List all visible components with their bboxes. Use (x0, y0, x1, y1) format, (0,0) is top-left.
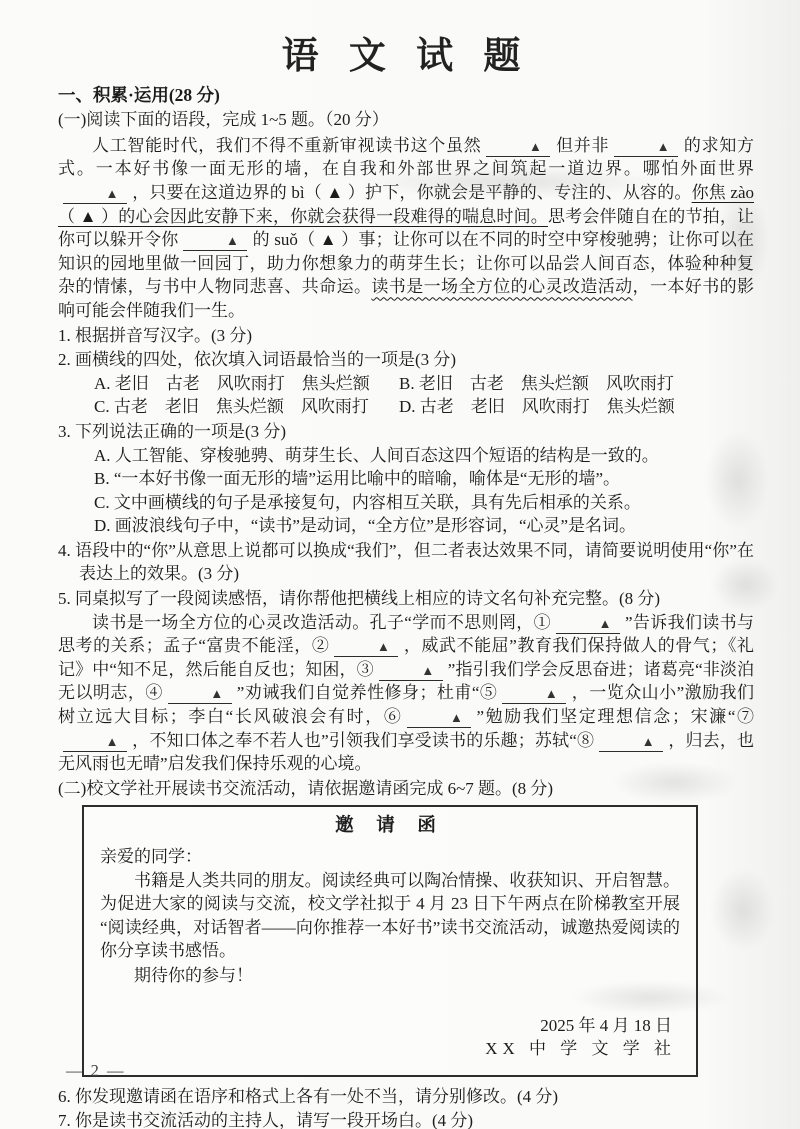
passage-segment: ”勉励我们坚定理想信念；宋濂“⑦ (476, 707, 754, 726)
exam-paper-page: 语 文 试 题 一、积累·运用(28 分) (一)阅读下面的语段，完成 1~5 … (0, 0, 800, 1129)
passage-segment: 读书是一场全方位的心灵改造活动 (371, 277, 632, 296)
answer-blank: ▲ (486, 138, 550, 157)
question-4: 4. 语段中的“你”从意思上说都可以换成“我们”，但二者表达效果不同，请简要说明… (58, 539, 754, 586)
question-2-options: A. 老旧 古老 风吹雨打 焦头烂额 B. 老旧 古老 焦头烂额 风吹雨打 C.… (58, 372, 754, 419)
answer-blank: ▲ (599, 733, 663, 752)
answer-blank: ▲ (334, 638, 398, 657)
passage-segment: ，只要在这道边界的 bì（ ▲ ）护下，你就会是平静的、专注的、从容的。 (132, 183, 692, 202)
option-d: D. 画波浪线句子中，“读书”是动词，“全方位”是形容词，“心灵”是名词。 (94, 514, 754, 538)
passage-segment: ”劝诫我们自觉养性修身；杜甫“⑤ (237, 683, 498, 702)
section-heading: 一、积累·运用(28 分) (58, 84, 754, 108)
part2-intro: (二)校文学社开展读书交流活动，请依据邀请函完成 6~7 题。(8 分) (58, 777, 754, 801)
invitation-salutation: 亲爱的同学： (100, 845, 680, 869)
option-a: A. 人工智能、穿梭驰骋、萌芽生长、人间百态这四个短语的结构是一致的。 (94, 444, 754, 468)
passage-segment: 人工智能时代，我们不得不重新审视读书这个虽然 (92, 136, 481, 155)
answer-blank: ▲ (556, 615, 620, 634)
invitation-letter: 邀 请 函 亲爱的同学： 书籍是人类共同的朋友。阅读经典可以陶冶情操、收获知识、… (82, 805, 698, 1076)
question-5-stem: 5. 同桌拟写了一段阅读感悟，请你帮他把横线上相应的诗文名句补充完整。(8 分) (58, 587, 754, 611)
part1-intro: (一)阅读下面的语段，完成 1~5 题。（20 分） (58, 108, 754, 132)
invitation-body: 书籍是人类共同的朋友。阅读经典可以陶冶情操、收获知识、开启智慧。为促进大家的阅读… (100, 869, 680, 963)
invitation-closing: 期待你的参与！ (100, 964, 680, 988)
answer-blank: ▲ (407, 709, 471, 728)
option-a: A. 老旧 古老 风吹雨打 焦头烂额 (94, 372, 399, 396)
option-b: B. 老旧 古老 焦头烂额 风吹雨打 (399, 372, 754, 396)
question-1: 1. 根据拼音写汉字。(3 分) (58, 324, 754, 348)
question-2-stem: 2. 画横线的四处，依次填入词语最恰当的一项是(3 分) (58, 348, 754, 372)
option-c: C. 文中画横线的句子是承接复句，内容相互关联，具有先后相承的关系。 (94, 491, 754, 515)
passage-segment: ，不知口体之奉不若人也”引领我们享受读书的乐趣；苏轼“⑧ (132, 731, 594, 750)
answer-blank: ▲ (502, 685, 566, 704)
answer-blank: ▲ (63, 185, 127, 204)
invitation-date: 2025 年 4 月 18 日 (100, 1014, 680, 1038)
scan-artifact (700, 855, 785, 965)
question-3-options: A. 人工智能、穿梭驰骋、萌芽生长、人间百态这四个短语的结构是一致的。 B. “… (58, 444, 754, 538)
answer-blank: ▲ (63, 733, 127, 752)
answer-blank: ▲ (614, 138, 678, 157)
passage-segment: 但并非 (555, 136, 609, 155)
question-5-passage: 读书是一场全方位的心灵改造活动。孔子“学而不思则罔，①▲”告诉我们读书与思考的关… (58, 611, 754, 776)
answer-blank: ▲ (379, 662, 443, 681)
option-d: D. 古老 老旧 风吹雨打 焦头烂额 (399, 395, 754, 419)
question-3-stem: 3. 下列说法正确的一项是(3 分) (58, 420, 754, 444)
question-7: 7. 你是读书交流活动的主持人，请写一段开场白。(4 分) (58, 1109, 754, 1129)
invitation-title: 邀 请 函 (100, 815, 680, 839)
page-number: — 2 — (66, 1059, 126, 1083)
answer-blank: ▲ (168, 685, 232, 704)
option-b: B. “一本好书像一面无形的墙”运用比喻中的暗喻，喻体是“无形的墙”。 (94, 467, 754, 491)
question-6: 6. 你发现邀请函在语序和格式上各有一处不当，请分别修改。(4 分) (58, 1085, 754, 1109)
invitation-signature: XX 中 学 文 学 社 (100, 1037, 680, 1061)
reading-passage: 人工智能时代，我们不得不重新审视读书这个虽然▲但并非▲的求知方式。一本好书像一面… (58, 134, 754, 323)
page-title: 语 文 试 题 (58, 44, 754, 68)
answer-blank: ▲ (183, 232, 247, 251)
option-c: C. 古老 老旧 焦头烂额 风吹雨打 (94, 395, 399, 419)
passage-segment: 读书是一场全方位的心灵改造活动。孔子“学而不思则罔，① (92, 613, 551, 632)
